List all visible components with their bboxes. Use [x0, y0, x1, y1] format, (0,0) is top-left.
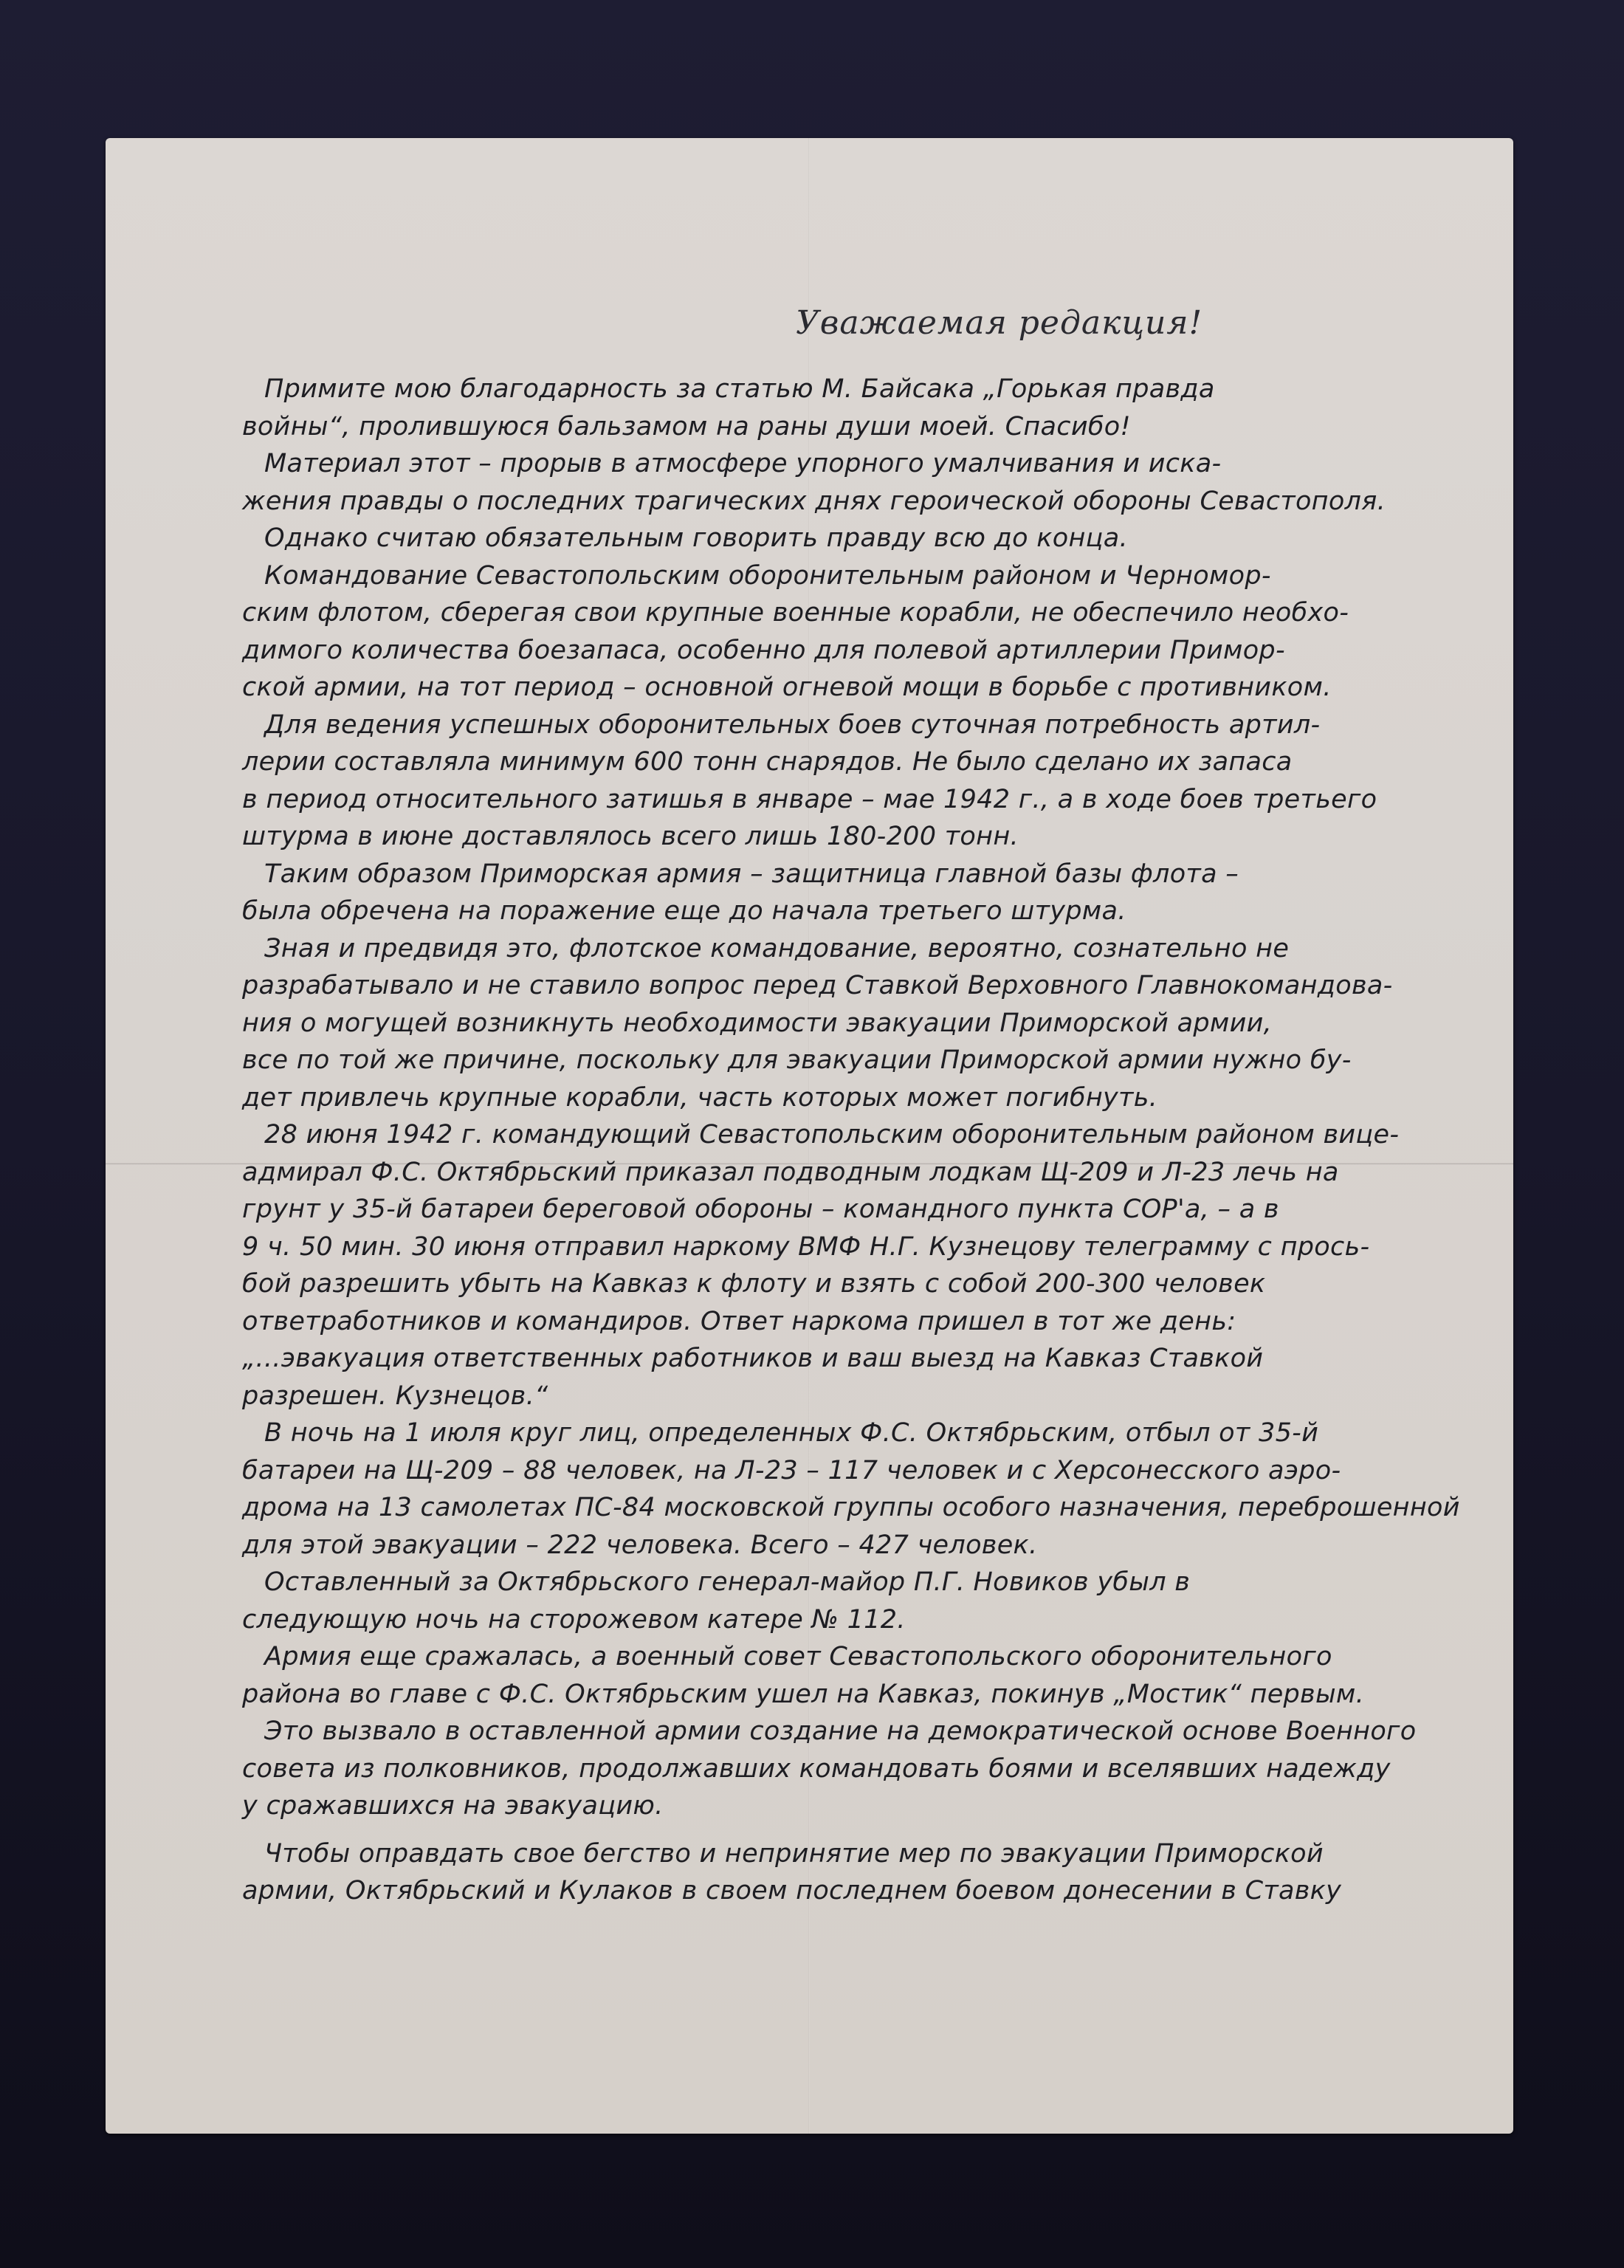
- text-line: Армия еще сражалась, а военный совет Сев…: [242, 1638, 1460, 1676]
- text-line: разрабатывало и не ставило вопрос перед …: [242, 967, 1460, 1005]
- text-line: Зная и предвидя это, флотское командован…: [242, 930, 1460, 968]
- text-line: следующую ночь на сторожевом катере № 11…: [242, 1601, 1460, 1639]
- text-line: жения правды о последних трагических дня…: [242, 483, 1460, 520]
- text-line: адмирал Ф.С. Октябрьский приказал подвод…: [242, 1154, 1460, 1192]
- paragraph-breakthrough: Материал этот – прорыв в атмосфере упорн…: [242, 445, 1460, 520]
- text-line: Оставленный за Октябрьского генерал-майо…: [242, 1564, 1460, 1601]
- text-line: разрешен. Кузнецов.“: [242, 1378, 1460, 1415]
- paragraph-doomed: Таким образом Приморская армия – защитни…: [242, 856, 1460, 930]
- text-line: В ночь на 1 июля круг лиц, определенных …: [242, 1415, 1460, 1452]
- text-line: ния о могущей возникнуть необходимости э…: [242, 1005, 1460, 1042]
- text-line: все по той же причине, поскольку для эва…: [242, 1042, 1460, 1079]
- letter-body: Примите мою благодарность за статью М. Б…: [242, 371, 1460, 1910]
- text-line: Таким образом Приморская армия – защитни…: [242, 856, 1460, 893]
- text-line: батареи на Щ-209 – 88 человек, на Л-23 –…: [242, 1452, 1460, 1490]
- text-line: 9 ч. 50 мин. 30 июня отправил наркому ВМ…: [242, 1228, 1460, 1266]
- letter-sheet: Уважаемая редакция! Примите мою благодар…: [106, 138, 1513, 2134]
- text-line: дрома на 13 самолетах ПС-84 московской г…: [242, 1489, 1460, 1527]
- text-line: димого количества боезапаса, особенно дл…: [242, 632, 1460, 670]
- text-line: ским флотом, сберегая свои крупные военн…: [242, 594, 1460, 632]
- text-line: Материал этот – прорыв в атмосфере упорн…: [242, 445, 1460, 483]
- paragraph-military-council: Армия еще сражалась, а военный совет Сев…: [242, 1638, 1460, 1713]
- text-line: бой разрешить убыть на Кавказ к флоту и …: [242, 1265, 1460, 1303]
- paragraph-truth: Однако считаю обязательным говорить прав…: [242, 520, 1460, 557]
- text-line: Примите мою благодарность за статью М. Б…: [242, 371, 1460, 408]
- text-line: ской армии, на тот период – основной огн…: [242, 669, 1460, 707]
- text-line: грунт у 35-й батареи береговой обороны –…: [242, 1191, 1460, 1228]
- paragraph-novikov: Оставленный за Октябрьского генерал-майо…: [242, 1564, 1460, 1638]
- paragraph-foresight: Зная и предвидя это, флотское командован…: [242, 930, 1460, 1117]
- text-line: Командование Севастопольским оборонитель…: [242, 557, 1460, 595]
- text-line: Чтобы оправдать свое бегство и неприняти…: [242, 1835, 1460, 1873]
- text-line: войны“, пролившуюся бальзамом на раны ду…: [242, 408, 1460, 446]
- text-line: ответработников и командиров. Ответ нарк…: [242, 1303, 1460, 1341]
- text-line: у сражавшихся на эвакуацию.: [242, 1787, 1460, 1825]
- text-line: штурма в июне доставлялось всего лишь 18…: [242, 818, 1460, 856]
- letter-salutation: Уважаемая редакция!: [796, 304, 1202, 342]
- text-line: Однако считаю обязательным говорить прав…: [242, 520, 1460, 557]
- text-line: была обречена на поражение еще до начала…: [242, 893, 1460, 930]
- paragraph-justification: Чтобы оправдать свое бегство и неприняти…: [242, 1835, 1460, 1910]
- text-line: совета из полковников, продолжавших кома…: [242, 1750, 1460, 1788]
- text-line: Для ведения успешных оборонительных боев…: [242, 707, 1460, 744]
- text-line: лерии составляла минимум 600 тонн снаряд…: [242, 743, 1460, 781]
- text-line: дет привлечь крупные корабли, часть кото…: [242, 1079, 1460, 1117]
- text-line: для этой эвакуации – 222 человека. Всего…: [242, 1527, 1460, 1564]
- text-line: армии, Октябрьский и Кулаков в своем пос…: [242, 1872, 1460, 1910]
- paragraph-colonels-council: Это вызвало в оставленной армии создание…: [242, 1713, 1460, 1825]
- text-line: 28 июня 1942 г. командующий Севастопольс…: [242, 1116, 1460, 1154]
- paragraph-gratitude: Примите мою благодарность за статью М. Б…: [242, 371, 1460, 445]
- text-line: района во главе с Ф.С. Октябрьским ушел …: [242, 1676, 1460, 1714]
- paragraph-command: Командование Севастопольским оборонитель…: [242, 557, 1460, 707]
- text-line: „...эвакуация ответственных работников и…: [242, 1340, 1460, 1378]
- paragraph-july-1: В ночь на 1 июля круг лиц, определенных …: [242, 1415, 1460, 1564]
- text-line: Это вызвало в оставленной армии создание…: [242, 1713, 1460, 1750]
- text-line: в период относительного затишья в январе…: [242, 781, 1460, 819]
- paragraph-ammunition: Для ведения успешных оборонительных боев…: [242, 707, 1460, 856]
- paragraph-june-28: 28 июня 1942 г. командующий Севастопольс…: [242, 1116, 1460, 1415]
